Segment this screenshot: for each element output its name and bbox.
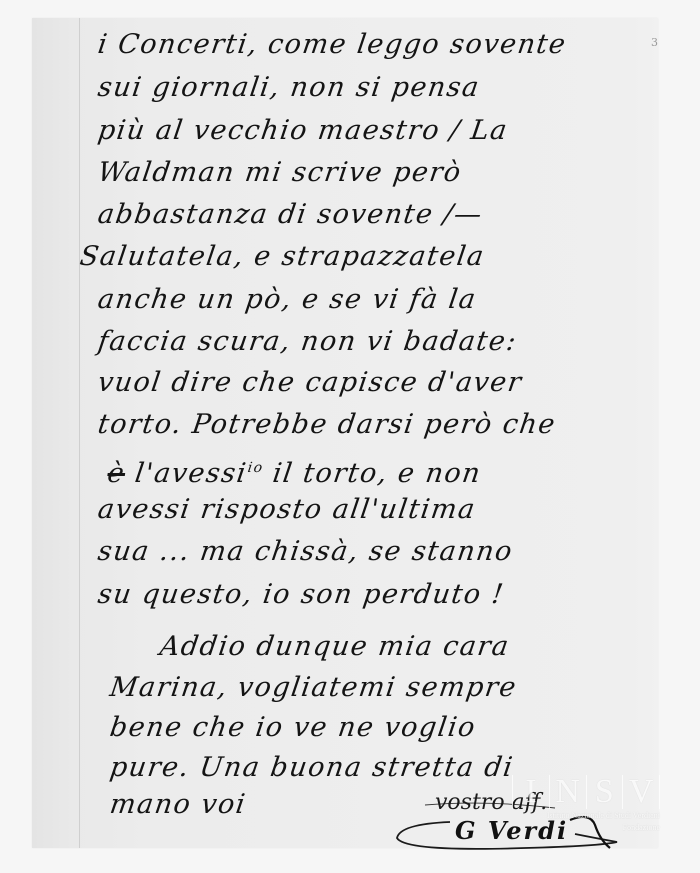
line-text-continued: il torto, e non <box>261 458 484 489</box>
line-text: Waldman mi scrive però <box>96 157 464 188</box>
handwritten-line: abbastanza di sovente /— <box>96 200 485 230</box>
handwritten-line: Marina, vogliatemi sempre <box>108 673 519 703</box>
handwritten-line: anche un pò, e se vi fà la <box>96 285 479 315</box>
handwritten-line: Salutatela, e strapazzatela <box>78 242 487 272</box>
line-text: anche un pò, e se vi fà la <box>96 284 479 315</box>
insv-watermark: I N S V Istituto Nazionale di Studi Verd… <box>512 775 660 835</box>
handwritten-line: pure. Una buona stretta di <box>108 753 516 783</box>
handwritten-line: avessi risposto all'ultima <box>96 495 478 525</box>
line-text: pure. Una buona stretta di <box>108 752 516 783</box>
watermark-letter: S <box>587 775 624 809</box>
watermark-caption-institute: Istituto Nazionale di Studi Verdiani <box>512 811 660 821</box>
handwritten-line: più al vecchio maestro / La <box>96 116 510 146</box>
scanned-letter-image: 3 i Concerti, come leggo soventesui gior… <box>0 0 700 873</box>
watermark-letter: V <box>623 775 660 809</box>
watermark-letter: N <box>550 775 587 809</box>
handwritten-line: i Concerti, come leggo sovente <box>96 30 569 60</box>
handwritten-line: Addio dunque mia cara <box>158 632 512 662</box>
handwritten-text-body: i Concerti, come leggo soventesui giorna… <box>0 0 700 873</box>
handwritten-line: faccia scura, non vi badate: <box>96 327 519 357</box>
line-text: sua ... ma chissà, se stanno <box>96 536 515 567</box>
handwritten-line: bene che io ve ne voglio <box>108 713 478 743</box>
watermark-logo: I N S V <box>512 775 660 809</box>
line-text: Salutatela, e strapazzatela <box>78 241 487 272</box>
line-text: abbastanza di sovente /— <box>96 199 485 230</box>
handwritten-line: torto. Potrebbe darsi però che <box>96 410 558 440</box>
line-text: mano voi <box>108 789 248 820</box>
line-text: vuol dire che capisce d'aver <box>96 367 525 398</box>
line-text: i Concerti, come leggo sovente <box>96 29 569 60</box>
handwritten-line: è l'avessiio il torto, e non <box>105 453 484 489</box>
line-text: l'avessi <box>123 458 249 489</box>
handwritten-line: vuol dire che capisce d'aver <box>96 368 524 398</box>
line-text: sui giornali, non si pensa <box>96 72 482 103</box>
handwritten-line: sua ... ma chissà, se stanno <box>96 537 515 567</box>
watermark-letter: I <box>513 775 550 809</box>
line-text: faccia scura, non vi badate: <box>96 326 519 357</box>
line-text: torto. Potrebbe darsi però che <box>96 409 558 440</box>
handwritten-line: sui giornali, non si pensa <box>96 73 482 103</box>
handwritten-line: su questo, io son perduto ! <box>96 580 506 610</box>
line-text: avessi risposto all'ultima <box>96 494 478 525</box>
line-text: Addio dunque mia cara <box>158 631 512 662</box>
line-text: più al vecchio maestro / La <box>96 115 510 146</box>
handwritten-line: Waldman mi scrive però <box>96 158 464 188</box>
line-text: Marina, vogliatemi sempre <box>108 672 519 703</box>
handwritten-line: mano voi <box>108 790 248 820</box>
line-text: bene che io ve ne voglio <box>108 712 478 743</box>
watermark-caption-foundation: Fondazione <box>512 823 660 833</box>
line-text: su questo, io son perduto ! <box>96 579 506 610</box>
